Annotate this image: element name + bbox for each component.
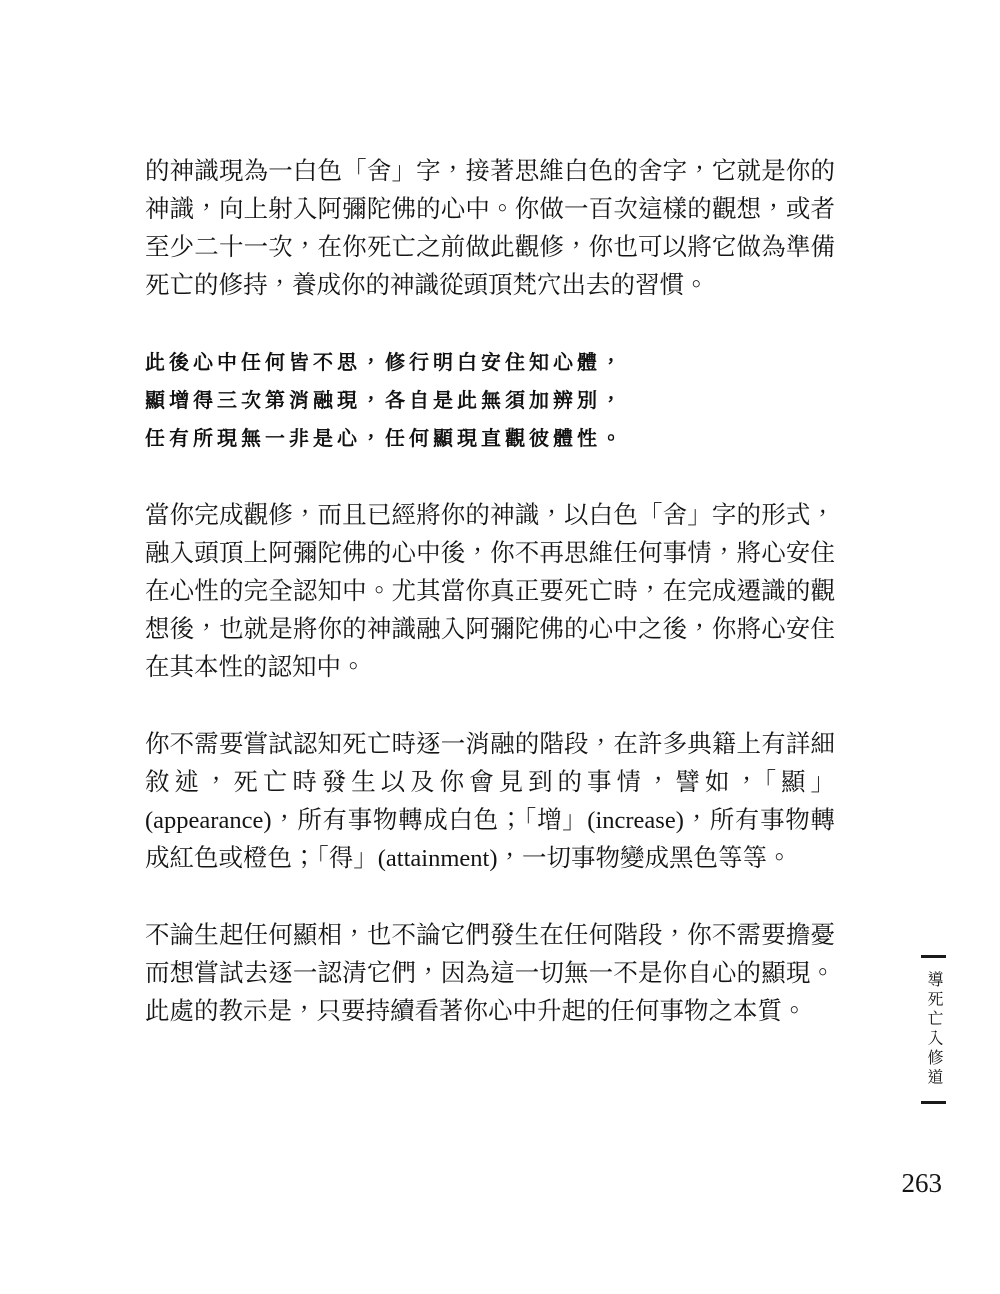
running-title-bottom-rule [921, 1101, 946, 1104]
verse-line-3: 任有所現無一非是心，任何顯現直觀彼體性。 [145, 420, 835, 458]
running-title-text: 導死亡入修道 [920, 971, 946, 1088]
main-text-block: 的神識現為一白色「舍」字，接著思維白色的舍字，它就是你的神識，向上射入阿彌陀佛的… [145, 153, 835, 1031]
margin-running-title: 導死亡入修道 [920, 955, 946, 1104]
running-title-top-rule [921, 955, 946, 958]
book-page: 的神識現為一白色「舍」字，接著思維白色的舍字，它就是你的神識，向上射入阿彌陀佛的… [0, 0, 1000, 1294]
body-paragraph-3: 你不需要嘗試認知死亡時逐一消融的階段，在許多典籍上有詳細敘述，死亡時發生以及你會… [145, 726, 835, 878]
verse-block: 此後心中任何皆不思，修行明白安住知心體， 顯增得三次第消融現，各自是此無須加辨別… [145, 344, 835, 458]
verse-line-2: 顯增得三次第消融現，各自是此無須加辨別， [145, 382, 835, 420]
body-paragraph-1: 的神識現為一白色「舍」字，接著思維白色的舍字，它就是你的神識，向上射入阿彌陀佛的… [145, 153, 835, 305]
body-paragraph-2: 當你完成觀修，而且已經將你的神識，以白色「舍」字的形式，融入頭頂上阿彌陀佛的心中… [145, 497, 835, 687]
page-number: 263 [842, 1168, 942, 1199]
body-paragraph-4: 不論生起任何顯相，也不論它們發生在任何階段，你不需要擔憂而想嘗試去逐一認清它們，… [145, 917, 835, 1031]
verse-line-1: 此後心中任何皆不思，修行明白安住知心體， [145, 344, 835, 382]
